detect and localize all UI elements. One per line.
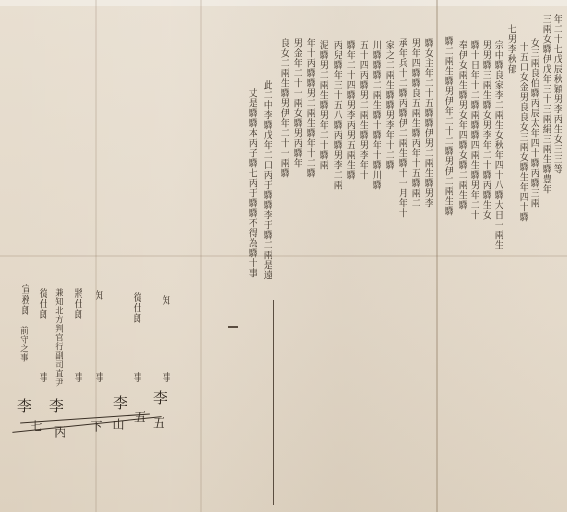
vertical-rule xyxy=(273,300,274,505)
text-column: 女三兩良伯驛丙辰太年四十驛丙驛三兩 xyxy=(529,38,539,504)
signature: 李 xyxy=(16,398,31,418)
official-title: 知 xyxy=(93,290,103,304)
text-column: 驛十日年十二驛兩驛驛四兩生驛男年二十 xyxy=(469,40,479,500)
text-heading: 七男李秋郁 xyxy=(506,24,516,74)
text-column: 驛女主年二十五驛驛伊男二兩生驛男李 xyxy=(423,38,433,503)
official-role: 事 xyxy=(93,372,103,386)
signature: 李 xyxy=(152,390,167,410)
text-column: 十五口女金男良良女三兩女驛生年四十驛 xyxy=(518,42,528,502)
official-title: 將仕郎 xyxy=(72,288,82,328)
text-column: 泥驛男二兩生驛男年二十驛兩 xyxy=(318,40,328,505)
text-column: 男金年二十一兩女驛男丙驛年 xyxy=(292,38,302,503)
text-column: 良女二兩生驛男伊年二十一兩驛 xyxy=(279,38,289,503)
text-column: 驛年二十四驛男李丙男五兩生驛 xyxy=(345,40,355,505)
official-title: 宣務郎 xyxy=(19,284,29,324)
text-column: 此二中李驛戊年二口丙于驛驛李于驛二兩是遠丈戊兩伊驛 xyxy=(262,80,272,280)
signature-mark: 五 xyxy=(151,416,164,434)
signature: 李 xyxy=(112,395,127,415)
text-column: 年十丙驛驛男二兩生驛年十二驛 xyxy=(305,38,315,503)
text-column: 承年兵十二驛丙驛伊二兩生驛十一月年十 xyxy=(397,38,407,503)
official-title: 知 xyxy=(160,295,170,315)
official-role: 事 xyxy=(131,372,141,386)
text-column: 奉伊女兩生驛男女年四驛女驛二兩生驛 xyxy=(457,40,467,500)
paper-top-edge xyxy=(0,0,567,6)
text-column: 川驛驛驛二兩生驛十驛年十驛川驛 xyxy=(371,40,381,505)
text-column: 驛二兩生驛男伊年二十二驛男伊二兩生驛 xyxy=(443,36,453,501)
manuscript-sheet: 年二十七戊辰秋穎男李丙生女三三等 三兩女驛伊戊年三十三兩絹三兩生驛豊年 女三兩良… xyxy=(0,0,567,512)
official-role: 前守之事 xyxy=(19,326,28,386)
ink-mark xyxy=(228,326,238,328)
text-column: 丈是驛驛本丙子驛七丙于驛驛不得為驛十事 xyxy=(247,88,257,278)
text-column: 三兩女驛伊戊年三十三兩絹三兩生驛豊年 xyxy=(541,14,551,504)
text-column: 男年四驛驛良五兩生驛丙年十五驛兩二 xyxy=(410,38,420,503)
official-title: 從仕郎 xyxy=(37,288,47,328)
official-role: 事 xyxy=(160,372,170,386)
text-column: 宗中驛良家李二兩生女秋年四十八驛大日一兩生 xyxy=(493,40,503,305)
official-title: 從仕郎 xyxy=(131,292,141,332)
text-column: 男男驛三兩生驛女男李年二十驛丙驛生女 xyxy=(481,40,491,370)
text-column: 丙兒驛年三十五八驛丙驛男李二兩 xyxy=(332,40,342,505)
signature: 李 xyxy=(48,398,63,418)
official-role: 事 xyxy=(72,372,82,386)
text-column: 年二十七戊辰秋穎男李丙生女三三等 xyxy=(552,14,562,504)
text-column: 家之二兩生驛驛男李年十二驛 xyxy=(384,40,394,505)
text-column: 五十四丙驛男二兩生驛男李年十 xyxy=(358,40,368,505)
official-title: 兼知北方判官行副司直尹 xyxy=(54,288,63,388)
official-role: 事 xyxy=(37,372,47,386)
